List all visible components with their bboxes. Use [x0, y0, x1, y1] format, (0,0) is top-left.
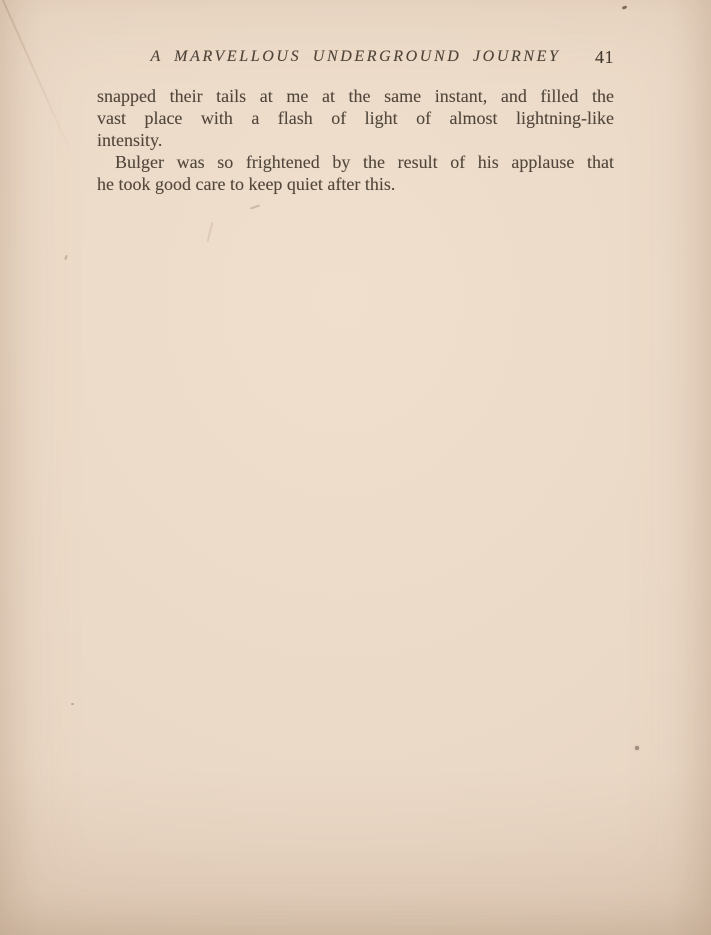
running-header: A MARVELLOUS UNDERGROUND JOURNEY 41: [97, 46, 614, 68]
paper-crease: [0, 0, 75, 161]
paper-speck: [71, 703, 74, 705]
text-line: vast place with a flash of light of almo…: [97, 107, 614, 129]
paper-speck: [622, 5, 628, 9]
paper-speck: [64, 255, 68, 260]
body-text: snapped their tails at me at the same in…: [97, 85, 614, 195]
paper-scratch: [207, 222, 214, 242]
paper-speck: [635, 746, 639, 750]
text-line: he took good care to keep quiet after th…: [97, 173, 614, 195]
page-number: 41: [595, 46, 614, 68]
chapter-title: A MARVELLOUS UNDERGROUND JOURNEY: [97, 46, 614, 68]
paper-scratch: [250, 204, 260, 209]
text-line: intensity.: [97, 129, 614, 151]
book-page: A MARVELLOUS UNDERGROUND JOURNEY 41 snap…: [0, 0, 711, 935]
text-line: snapped their tails at me at the same in…: [97, 85, 614, 107]
text-line: Bulger was so frightened by the result o…: [97, 151, 614, 173]
